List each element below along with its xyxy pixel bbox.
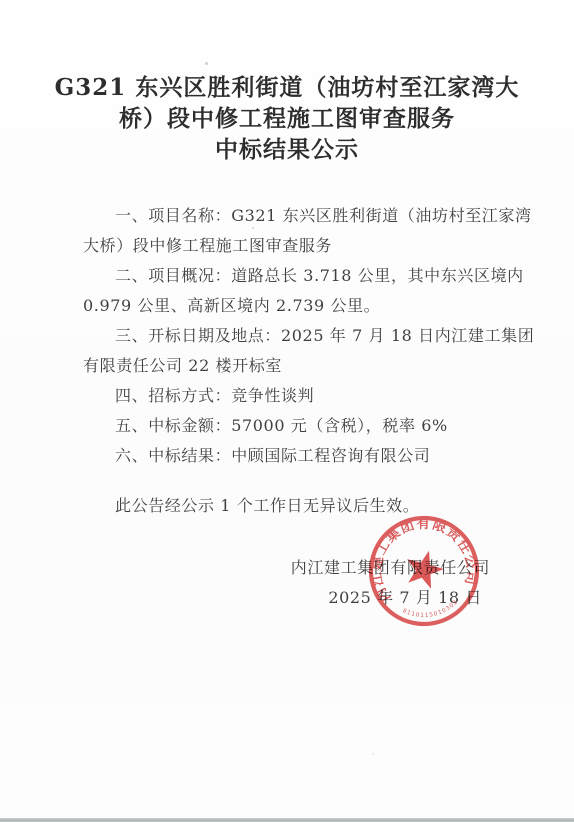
body-line-project-overview: 二、项目概况：道路总长 3.718 公里，其中东兴区境内 (83, 261, 490, 291)
seal-company-arc-text: 内江建工集团有限责任公司 (360, 506, 483, 606)
seal-star-icon (401, 546, 447, 591)
body-line-tender-method: 四、招标方式：竞争性谈判 (83, 381, 490, 411)
svg-text:8110115010302: 8110115010302 (401, 598, 462, 623)
body-line-project-name-cont: 大桥）段中修工程施工图审查服务 (83, 231, 490, 261)
scan-page-bottom-edge (0, 818, 574, 822)
scan-dust-speck (205, 62, 208, 65)
scan-dust-speck (372, 753, 374, 755)
scan-dust-speck (252, 227, 254, 229)
body-line-award-amount: 五、中标金额：57000 元（含税），税率 6% (83, 411, 490, 441)
title-line-3: 中标结果公示 (0, 134, 574, 165)
body-line-project-overview-cont: 0.979 公里、高新区境内 2.739 公里。 (83, 291, 490, 321)
document-title: G321 东兴区胜利街道（油坊村至江家湾大 桥）段中修工程施工图审查服务 中标结… (0, 0, 574, 165)
body-line-bid-opening-cont: 有限责任公司 22 楼开标室 (83, 351, 490, 381)
svg-text:内江建工集团有限责任公司: 内江建工集团有限责任公司 (360, 506, 483, 606)
body-line-project-name: 一、项目名称：G321 东兴区胜利街道（油坊村至江家湾 (83, 201, 490, 231)
seal-code-arc-text: 8110115010302 (401, 598, 462, 623)
body-line-award-result: 六、中标结果：中顾国际工程咨询有限公司 (83, 441, 490, 471)
company-seal: 内江建工集团有限责任公司 8110115010302 (354, 501, 493, 640)
scanned-document-page: G321 东兴区胜利街道（油坊村至江家湾大 桥）段中修工程施工图审查服务 中标结… (0, 0, 574, 822)
title-line-1: G321 东兴区胜利街道（油坊村至江家湾大 (0, 72, 574, 103)
body-text: 一、项目名称：G321 东兴区胜利街道（油坊村至江家湾 大桥）段中修工程施工图审… (83, 201, 490, 521)
title-line-2: 桥）段中修工程施工图审查服务 (0, 103, 574, 134)
body-line-bid-opening: 三、开标日期及地点：2025 年 7 月 18 日内江建工集团 (83, 321, 490, 351)
